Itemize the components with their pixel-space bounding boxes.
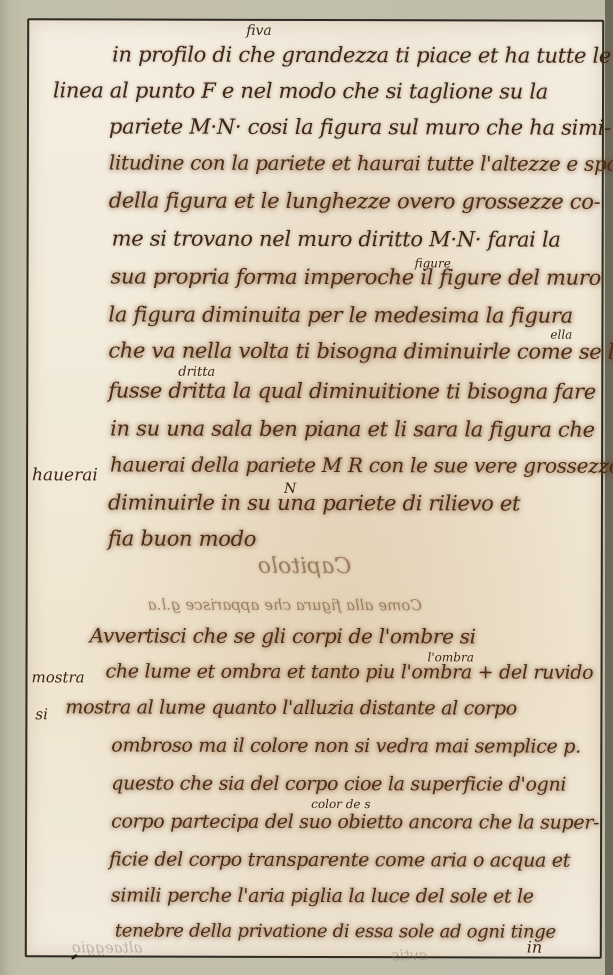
text-line-12: hauerai della pariete M R con le sue ver… [110, 452, 613, 477]
bleedthrough-heading: Capitolo [258, 554, 352, 579]
text-line-20: corpo partecipa del suo obietto ancora c… [111, 810, 599, 833]
text-line-7: sua propria forma imperoche il figure de… [111, 264, 601, 289]
text-line-9: che va nella volta ti bisogna diminuirle… [108, 338, 613, 363]
interlinear-fiva: fiva [246, 23, 272, 39]
text-line-3: pariete M·N· cosi la figura sul muro che… [109, 114, 611, 139]
manuscript-page: fiva in profilo di che grandezza ti piac… [25, 18, 604, 959]
text-line-23: tenebre della privatione di essa sole ad… [115, 920, 556, 942]
bleedthrough-line: Come alla figura che apparisce g.l.a [148, 596, 422, 615]
text-line-22: simili perche l'aria piglia la luce del … [111, 884, 534, 907]
text-line-8: la figura diminuita per le medesima la f… [108, 302, 572, 327]
mount-edge [605, 0, 613, 975]
text-line-10: fusse dritta la qual diminuitione ti bis… [108, 378, 596, 403]
text-line-21: ficie del corpo transparente come aria o… [109, 848, 570, 871]
text-line-15: Avvertisci che se gli corpi de l'ombre s… [90, 623, 476, 648]
text-line-13: diminuirle in su una pariete di rilievo … [108, 490, 520, 515]
catchword: in [527, 938, 542, 957]
text-line-18: ombroso ma il colore non si vedra mai se… [111, 734, 581, 757]
bleedthrough-bottom-2: avtis [392, 946, 428, 964]
bleedthrough-bottom-1: altaeggio [72, 938, 143, 956]
text-line-11: in su una sala ben piana et li sara la f… [110, 416, 595, 441]
text-line-6: me si trovano nel muro diritto M·N· fara… [112, 226, 561, 251]
text-line-14: fia buon modo [108, 526, 256, 550]
interlinear-dritta: dritta [178, 365, 215, 380]
text-line-4: litudine con la pariete et haurai tutte … [109, 150, 613, 175]
text-line-16: che lume et ombra et tanto piu l'ombra +… [105, 660, 593, 683]
margin-note-si: si [35, 705, 48, 723]
text-line-5: della figura et le lunghezze overo gross… [109, 188, 601, 213]
text-line-19: questo che sia del corpo cioe la superfi… [111, 772, 566, 795]
margin-note-hauerai: hauerai [32, 465, 98, 485]
margin-note-mostra: mostra [31, 668, 84, 686]
text-line-17: mostra al lume quanto l'alluzia distante… [65, 696, 517, 719]
text-line-1: in profilo di che grandezza ti piace et … [112, 42, 611, 67]
interlinear-color: color de s [311, 797, 370, 811]
text-line-2: linea al punto F e nel modo che si tagli… [53, 78, 548, 103]
